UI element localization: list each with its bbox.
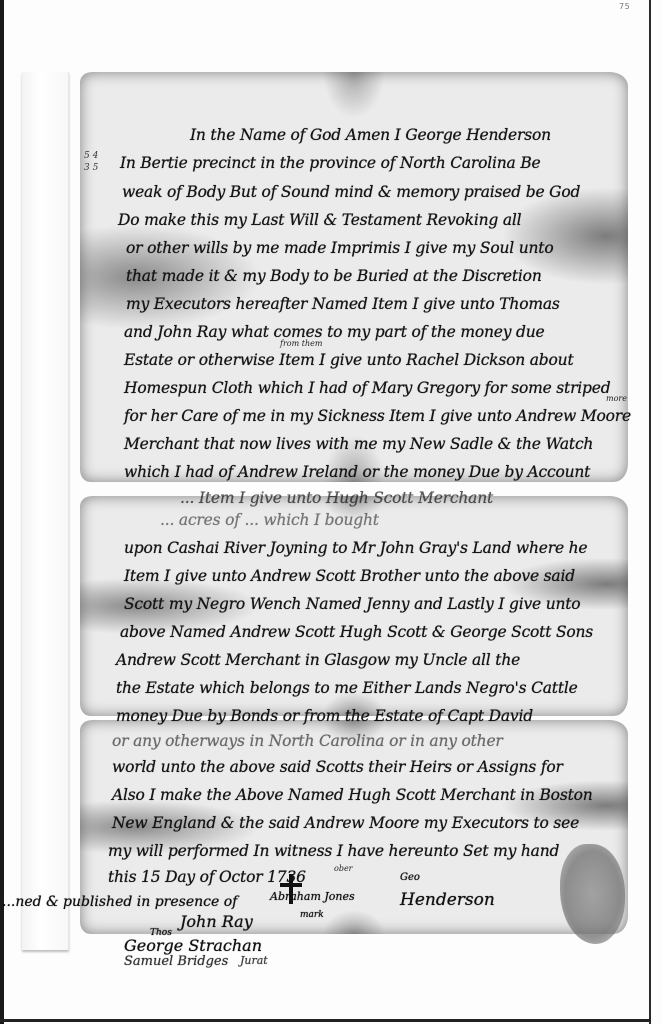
interlinear-note: more: [606, 394, 627, 403]
testator-initials: Geo: [400, 872, 420, 883]
mark-label: mark: [300, 910, 324, 920]
witness-signature: John Ray: [180, 912, 253, 931]
will-line: the Estate which belongs to me Either La…: [116, 679, 578, 697]
will-line: Estate or otherwise Item I give unto Rac…: [124, 351, 573, 369]
will-line: my Executors hereafter Named Item I give…: [126, 295, 560, 313]
interlinear-note: ober: [334, 864, 353, 873]
binding-strip: [22, 72, 69, 950]
witness-signature: George Strachan: [124, 936, 262, 955]
witness-signature: Samuel Bridges: [124, 954, 228, 969]
will-line: Item I give unto Andrew Scott Brother un…: [124, 567, 575, 585]
will-line: In Bertie precinct in the province of No…: [120, 154, 540, 172]
witness-mark-cross-icon: [280, 874, 302, 904]
will-line: Homespun Cloth which I had of Mary Grego…: [124, 379, 610, 397]
will-line: money Due by Bonds or from the Estate of…: [116, 707, 533, 725]
will-line: for her Care of me in my Sickness Item I…: [124, 407, 631, 425]
margin-note-line: 3 5: [84, 162, 98, 174]
will-line: and John Ray what comes to my part of th…: [124, 323, 545, 341]
will-line: my will performed In witness I have here…: [108, 842, 559, 860]
will-line: In the Name of God Amen I George Henders…: [190, 126, 551, 144]
right-border-rule: [649, 0, 651, 1024]
attestation-clause: ...ned & published in presence of: [2, 894, 237, 910]
will-line: Merchant that now lives with me my New S…: [124, 435, 593, 453]
will-line: Scott my Negro Wench Named Jenny and Las…: [124, 595, 580, 613]
will-line-damaged: ... Item I give unto Hugh Scott Merchant: [180, 489, 493, 507]
will-line: weak of Body But of Sound mind & memory …: [122, 183, 580, 201]
will-line-damaged: ... acres of ... which I bought: [160, 511, 379, 529]
manuscript-will: In the Name of God Amen I George Henders…: [80, 64, 628, 944]
bottom-border-rule: [0, 1019, 651, 1022]
will-line: Andrew Scott Merchant in Glasgow my Uncl…: [116, 651, 520, 669]
will-line: this 15 Day of Octor 1736: [108, 868, 306, 886]
will-line: or other wills by me made Imprimis I giv…: [126, 239, 553, 257]
will-line: world unto the above said Scotts their H…: [112, 758, 563, 776]
will-line: Also I make the Above Named Hugh Scott M…: [112, 786, 593, 804]
will-line: New England & the said Andrew Moore my E…: [112, 814, 579, 832]
will-line: which I had of Andrew Ireland or the mon…: [124, 463, 590, 481]
page-number: 75: [619, 2, 630, 11]
margin-note: 5 4 3 5: [84, 150, 98, 174]
interlinear-note: from them: [280, 339, 322, 348]
will-line: upon Cashai River Joyning to Mr John Gra…: [124, 539, 587, 557]
scanned-page: 75 In the Name of God Amen I George Hend…: [0, 0, 663, 1024]
testator-signature: Henderson: [400, 890, 495, 910]
will-line-damaged: or any otherways in North Carolina or in…: [112, 732, 503, 750]
left-border-rule: [0, 0, 4, 1024]
will-line: above Named Andrew Scott Hugh Scott & Ge…: [120, 623, 593, 641]
jurat-note: Jurat: [240, 954, 268, 967]
will-line: Do make this my Last Will & Testament Re…: [118, 211, 521, 229]
margin-note-line: 5 4: [84, 150, 98, 162]
will-line: that made it & my Body to be Buried at t…: [126, 267, 542, 285]
